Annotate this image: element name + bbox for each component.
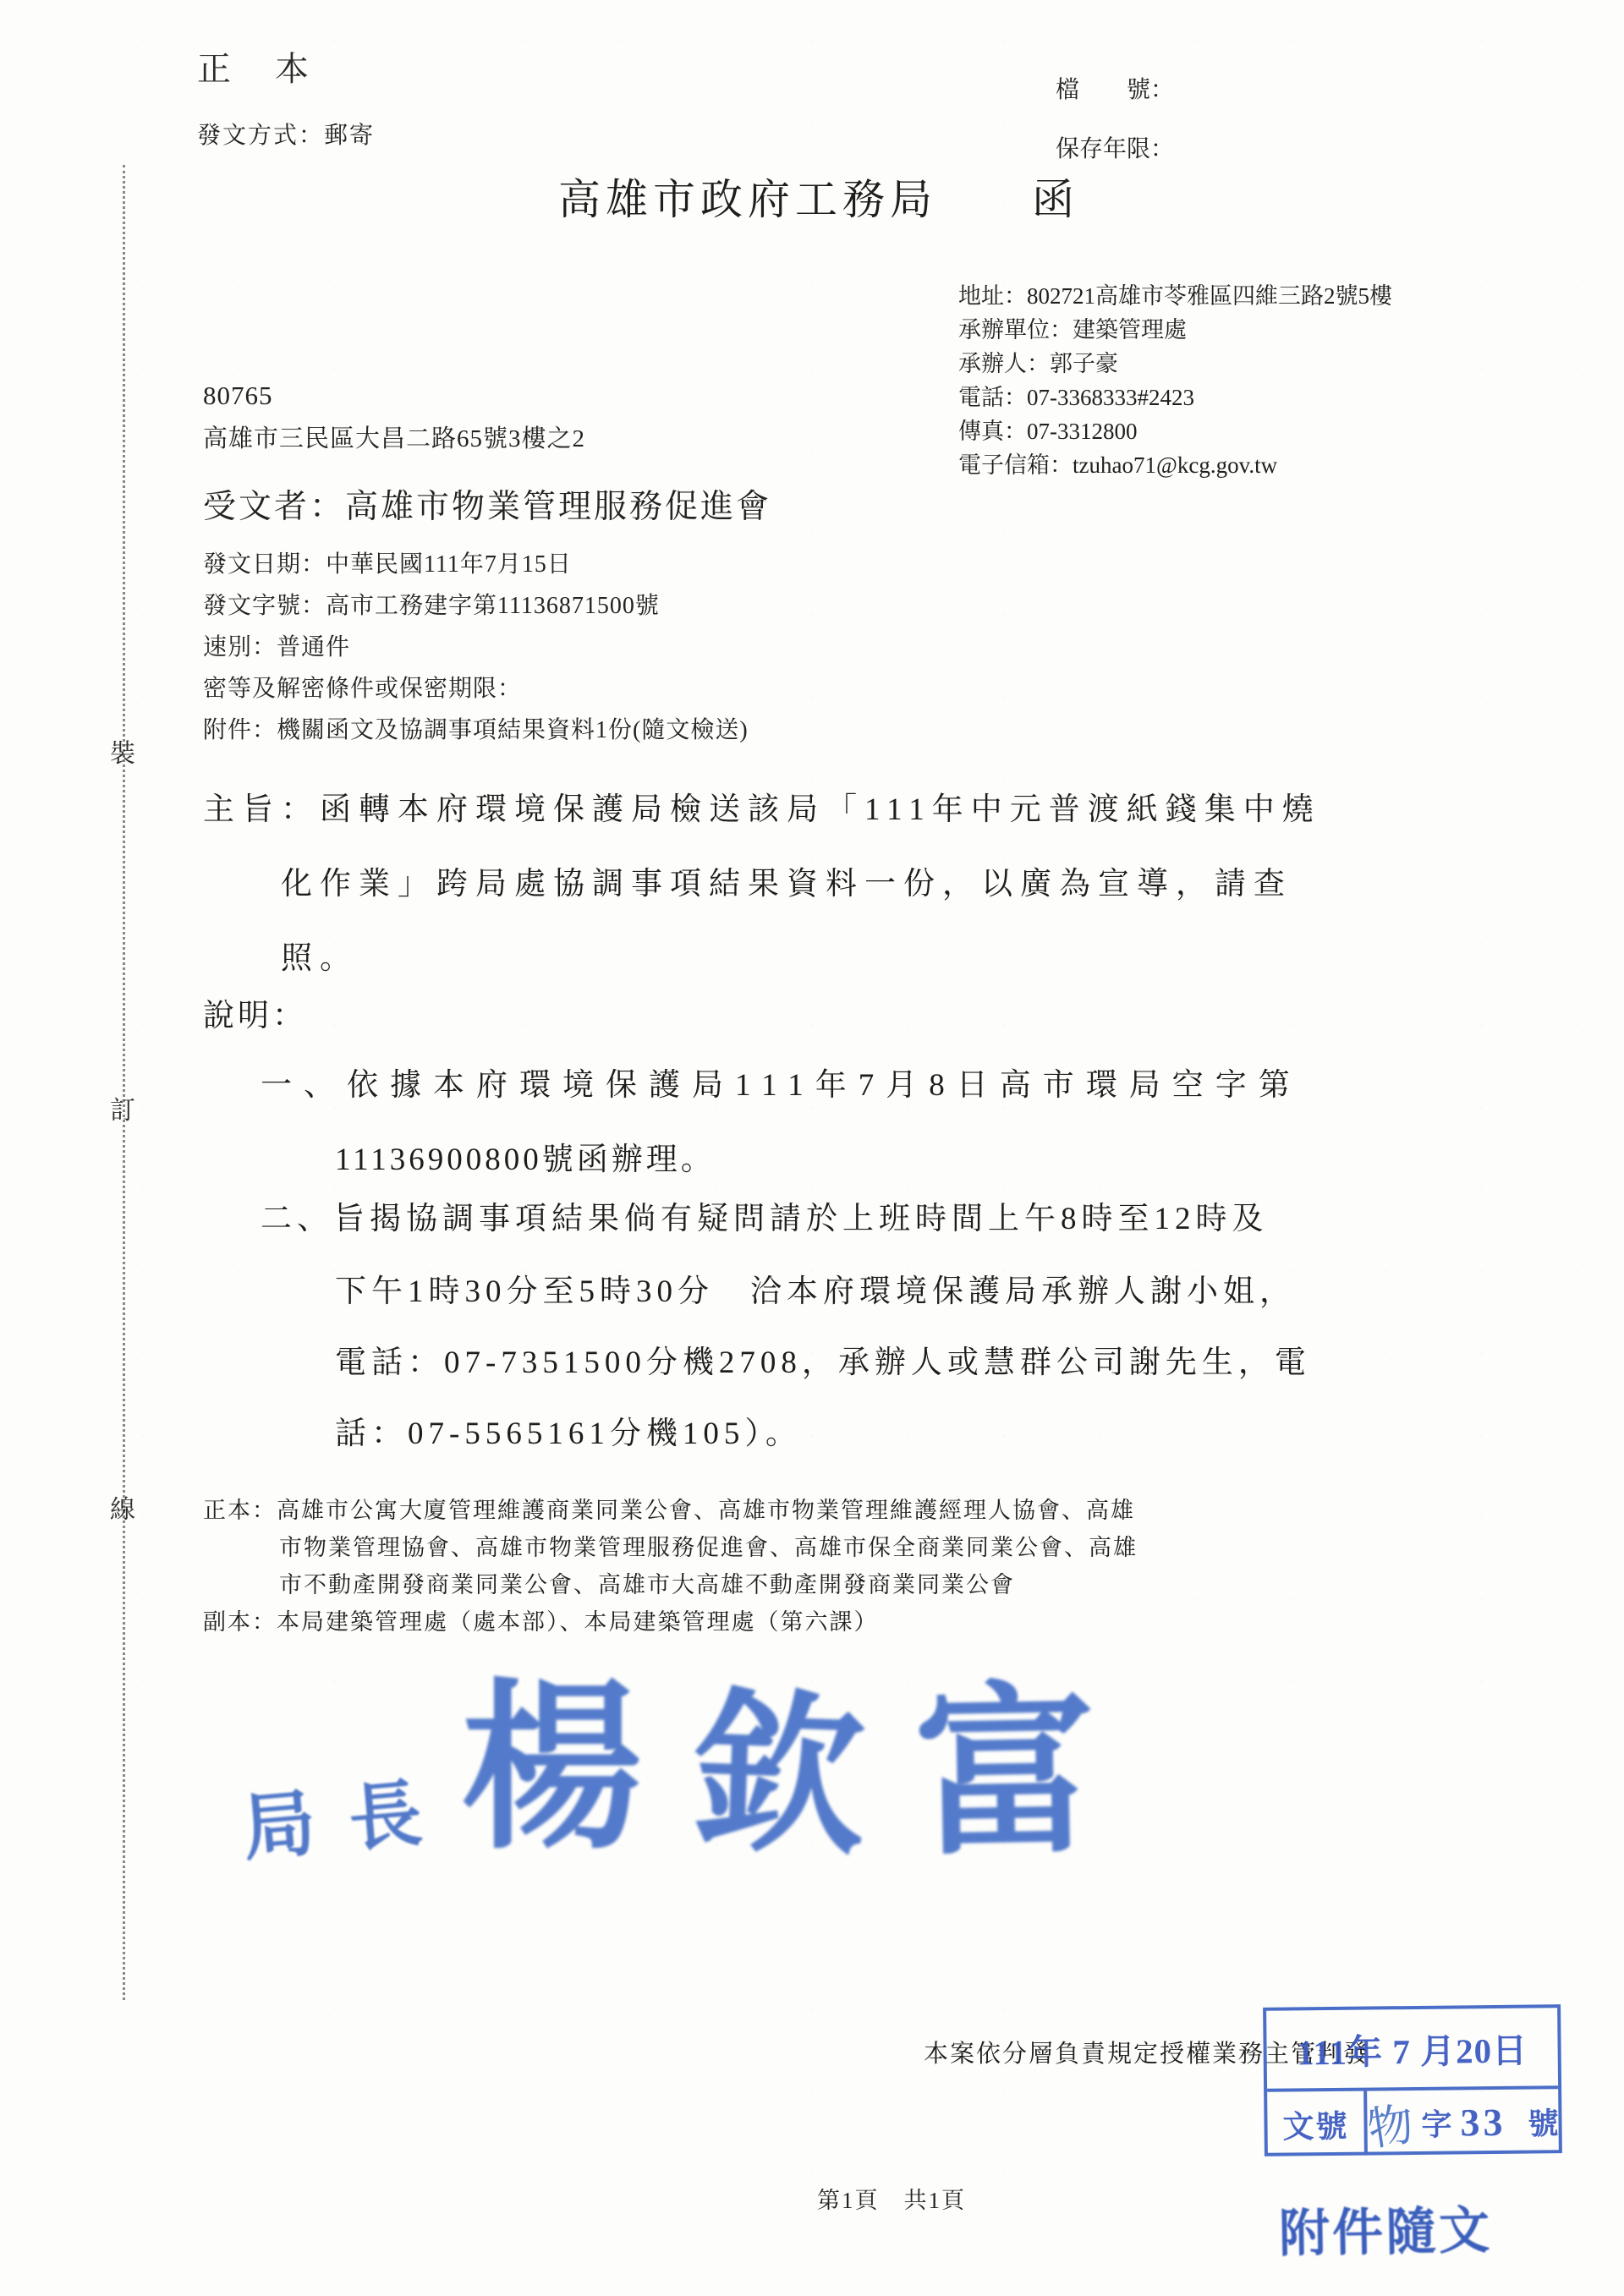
explanation-item1-line1: 一、依據本府環境保護局111年7月8日高市環局空字第 <box>261 1059 1302 1104</box>
director-title-stamp: 局長 <box>238 1751 459 1874</box>
document-meta-block: 發文日期：中華民國111年7月15日 發文字號：高市工務建字第111368715… <box>203 544 749 751</box>
delivery-method-label: 發文方式：郵寄 <box>197 117 375 151</box>
scanned-official-letter: 裝 訂 線 正 本 發文方式：郵寄 檔 號： 保存年限： 高雄市政府工務局 函 … <box>0 0 1624 2296</box>
binding-mark-xian: 線 <box>110 1488 135 1526</box>
agency-contact-block: 地址：802721高雄市苓雅區四維三路2號5樓 承辦單位：建築管理處 承辦人：郭… <box>958 279 1392 482</box>
explanation-item2-line3: 電話：07-7351500分機2708，承辦人或慧群公司謝先生，電 <box>335 1336 1311 1382</box>
agency-contact-person: 承辦人：郭子豪 <box>958 347 1392 381</box>
agency-email: 電子信箱：tzuhao71@kcg.gov.tw <box>958 448 1392 482</box>
binding-mark-ding: 訂 <box>110 1089 135 1126</box>
agency-fax: 傳真：07-3312800 <box>958 414 1392 448</box>
explanation-item1-line2: 11136900800號函辦理。 <box>335 1133 716 1179</box>
binding-dotted-line <box>123 165 125 2000</box>
stamp-doc-no: 33 <box>1460 2099 1506 2145</box>
attachment-line: 附件：機關函文及協調事項結果資料1份(隨文檢送) <box>203 710 749 751</box>
recipient-postal-code: 80765 <box>203 381 273 411</box>
director-name-stamp: 楊 欽 富 <box>461 1679 1096 1860</box>
subject-line-2: 化作業」跨局處協調事項結果資料一份，以廣為宣導，請查 <box>281 858 1292 903</box>
stamp-series-suffix: 字 <box>1421 2101 1452 2144</box>
stamp-doc-unit: 號 <box>1528 2100 1559 2143</box>
explanation-item2-line2: 下午1時30分至5時30分 洽本府環境保護局承辦人謝小姐， <box>335 1265 1296 1311</box>
security-class: 密等及解密條件或保密期限： <box>203 668 749 710</box>
agency-unit: 承辦單位：建築管理處 <box>958 313 1392 347</box>
original-recipients-line3: 市不動產開發商業同業公會、高雄市大高雄不動產開發商業同業公會 <box>279 1566 1015 1599</box>
explanation-heading: 說明： <box>203 989 307 1035</box>
approval-date-stamp: 111年 7 月20日 文號 物 字 33 號 <box>1263 2004 1562 2156</box>
stamp-doc-number-cell: 物 字 33 號 <box>1367 2089 1559 2155</box>
recipient-name: 受文者：高雄市物業管理服務促進會 <box>203 480 771 528</box>
cc-recipients-line: 副本：本局建築管理處（處本部）、本局建築管理處（第六課） <box>203 1603 879 1636</box>
subject-line-3: 照。 <box>281 932 359 978</box>
page-number-footer: 第1頁 共1頁 <box>817 2182 966 2215</box>
explanation-item2-line4: 話：07-5565161分機105）。 <box>335 1407 802 1453</box>
agency-address: 地址：802721高雄市苓雅區四維三路2號5樓 <box>958 279 1392 313</box>
agency-phone: 電話：07-3368333#2423 <box>958 381 1392 414</box>
stamp-series-handwritten: 物 <box>1363 2087 1418 2158</box>
attachment-follows-stamp: 附件隨文 <box>1278 2190 1492 2266</box>
copy-type-label: 正 本 <box>197 42 314 90</box>
director-name-char-1: 楊 <box>461 1679 643 1860</box>
issue-date: 發文日期：中華民國111年7月15日 <box>203 544 749 585</box>
stamp-doc-label: 文號 <box>1267 2091 1368 2156</box>
recipient-address: 高雄市三民區大昌二路65號3樓之2 <box>203 419 585 454</box>
director-name-char-3: 富 <box>913 1682 1098 1867</box>
document-title: 高雄市政府工務局 函 <box>558 166 1079 227</box>
subject-line-1: 主旨：函轉本府環境保護局檢送該局「111年中元普渡紙錢集中燒 <box>203 783 1321 829</box>
explanation-item2-line1: 二、旨揭協調事項結果倘有疑問請於上班時間上午8時至12時及 <box>261 1192 1269 1238</box>
director-name-char-2: 欽 <box>689 1687 868 1875</box>
binding-mark-zhuang: 裝 <box>110 732 135 770</box>
stamp-doc-row: 文號 物 字 33 號 <box>1267 2085 1559 2156</box>
doc-number: 發文字號：高市工務建字第11136871500號 <box>203 585 749 627</box>
original-recipients-line1: 正本：高雄市公寓大廈管理維護商業同業公會、高雄市物業管理維護經理人協會、高雄 <box>203 1492 1135 1525</box>
speed-class: 速別：普通件 <box>203 627 749 668</box>
file-number-label: 檔 號： <box>1056 71 1174 105</box>
retention-period-label: 保存年限： <box>1056 130 1174 164</box>
original-recipients-line2: 市物業管理協會、高雄市物業管理服務促進會、高雄市保全商業同業公會、高雄 <box>279 1529 1138 1562</box>
stamp-date: 111年 7 月20日 <box>1266 2008 1558 2089</box>
